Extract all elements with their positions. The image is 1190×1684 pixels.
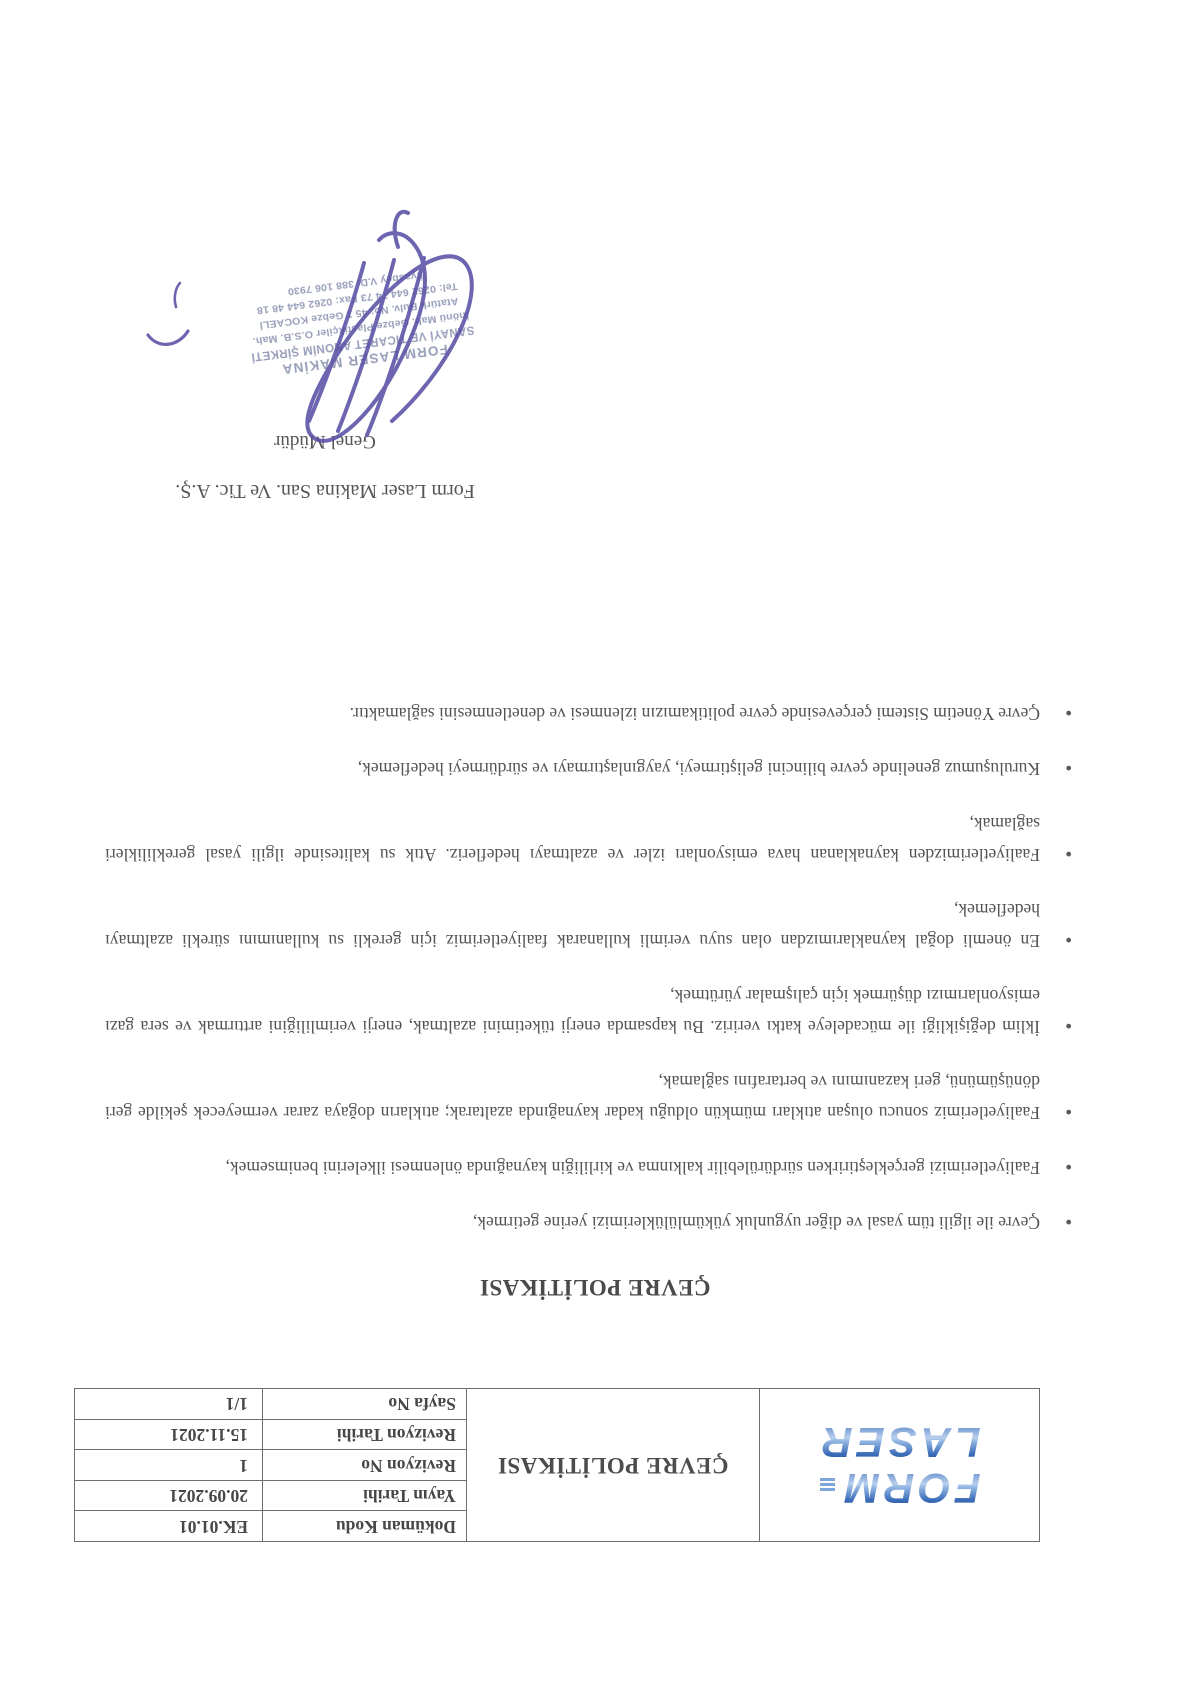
- value-revizyon-tarihi: 15.11.2021: [75, 1419, 263, 1450]
- label-revizyon-tarihi: Revizyon Tarihi: [263, 1419, 467, 1450]
- label-sayfa-no: Sayfa No: [263, 1389, 467, 1420]
- label-dokuman-kodu: Doküman Kodu: [263, 1511, 467, 1542]
- policy-bullet: Çevre Yönetim Sistemi çerçevesinde çevre…: [105, 698, 1040, 729]
- signature-company-name: Form Laser Makina San. Ve Tic. A.Ş.: [105, 479, 545, 502]
- policy-bullet: Faaliyetlerimiz sonucu oluşan atıkları m…: [105, 1066, 1040, 1128]
- label-yayin-tarihi: Yayın Tarihi: [263, 1480, 467, 1511]
- policy-bullet: Kuruluşumuz genelinde çevre bilincini ge…: [105, 753, 1040, 784]
- logo-word-laser: LASER: [818, 1419, 980, 1466]
- company-logo-cell: FORM LASER: [760, 1389, 1040, 1542]
- page-title: ÇEVRE POLİTİKASI: [0, 1274, 1190, 1300]
- logo-word-form: FORM: [841, 1465, 981, 1512]
- policy-bullet: Faaliyetlerimizden kaynaklanan hava emis…: [105, 808, 1040, 870]
- scanned-document-page-rotated-180: FORM LASER ÇEVRE POLİTİKASI Doküman Kodu…: [0, 0, 1190, 1684]
- document-header-table: FORM LASER ÇEVRE POLİTİKASI Doküman Kodu…: [74, 1388, 1040, 1542]
- handwritten-signature: [40, 209, 560, 459]
- table-document-title: ÇEVRE POLİTİKASI: [467, 1389, 760, 1542]
- value-yayin-tarihi: 20.09.2021: [75, 1480, 263, 1511]
- policy-bullet: İklim değişikliği ile mücadeleye katkı v…: [105, 980, 1040, 1042]
- policy-bullet: Faaliyetlerimizi gerçekleştirirken sürdü…: [105, 1152, 1040, 1183]
- label-revizyon-no: Revizyon No: [263, 1450, 467, 1481]
- policy-bullet: En önemli doğal kaynaklarımızdan olan su…: [105, 894, 1040, 956]
- policy-bullet-list: Çevre ile ilgili tüm yasal ve diğer uygu…: [105, 674, 1040, 1238]
- value-sayfa-no: 1/1: [75, 1389, 263, 1420]
- policy-bullet: Çevre ile ilgili tüm yasal ve diğer uygu…: [105, 1207, 1040, 1238]
- value-revizyon-no: 1: [75, 1450, 263, 1481]
- form-laser-logo: FORM LASER: [818, 1419, 980, 1511]
- value-dokuman-kodu: EK.01.01: [75, 1511, 263, 1542]
- table-row: FORM LASER ÇEVRE POLİTİKASI Doküman Kodu…: [75, 1511, 1040, 1542]
- logo-bars-icon: [820, 1478, 835, 1491]
